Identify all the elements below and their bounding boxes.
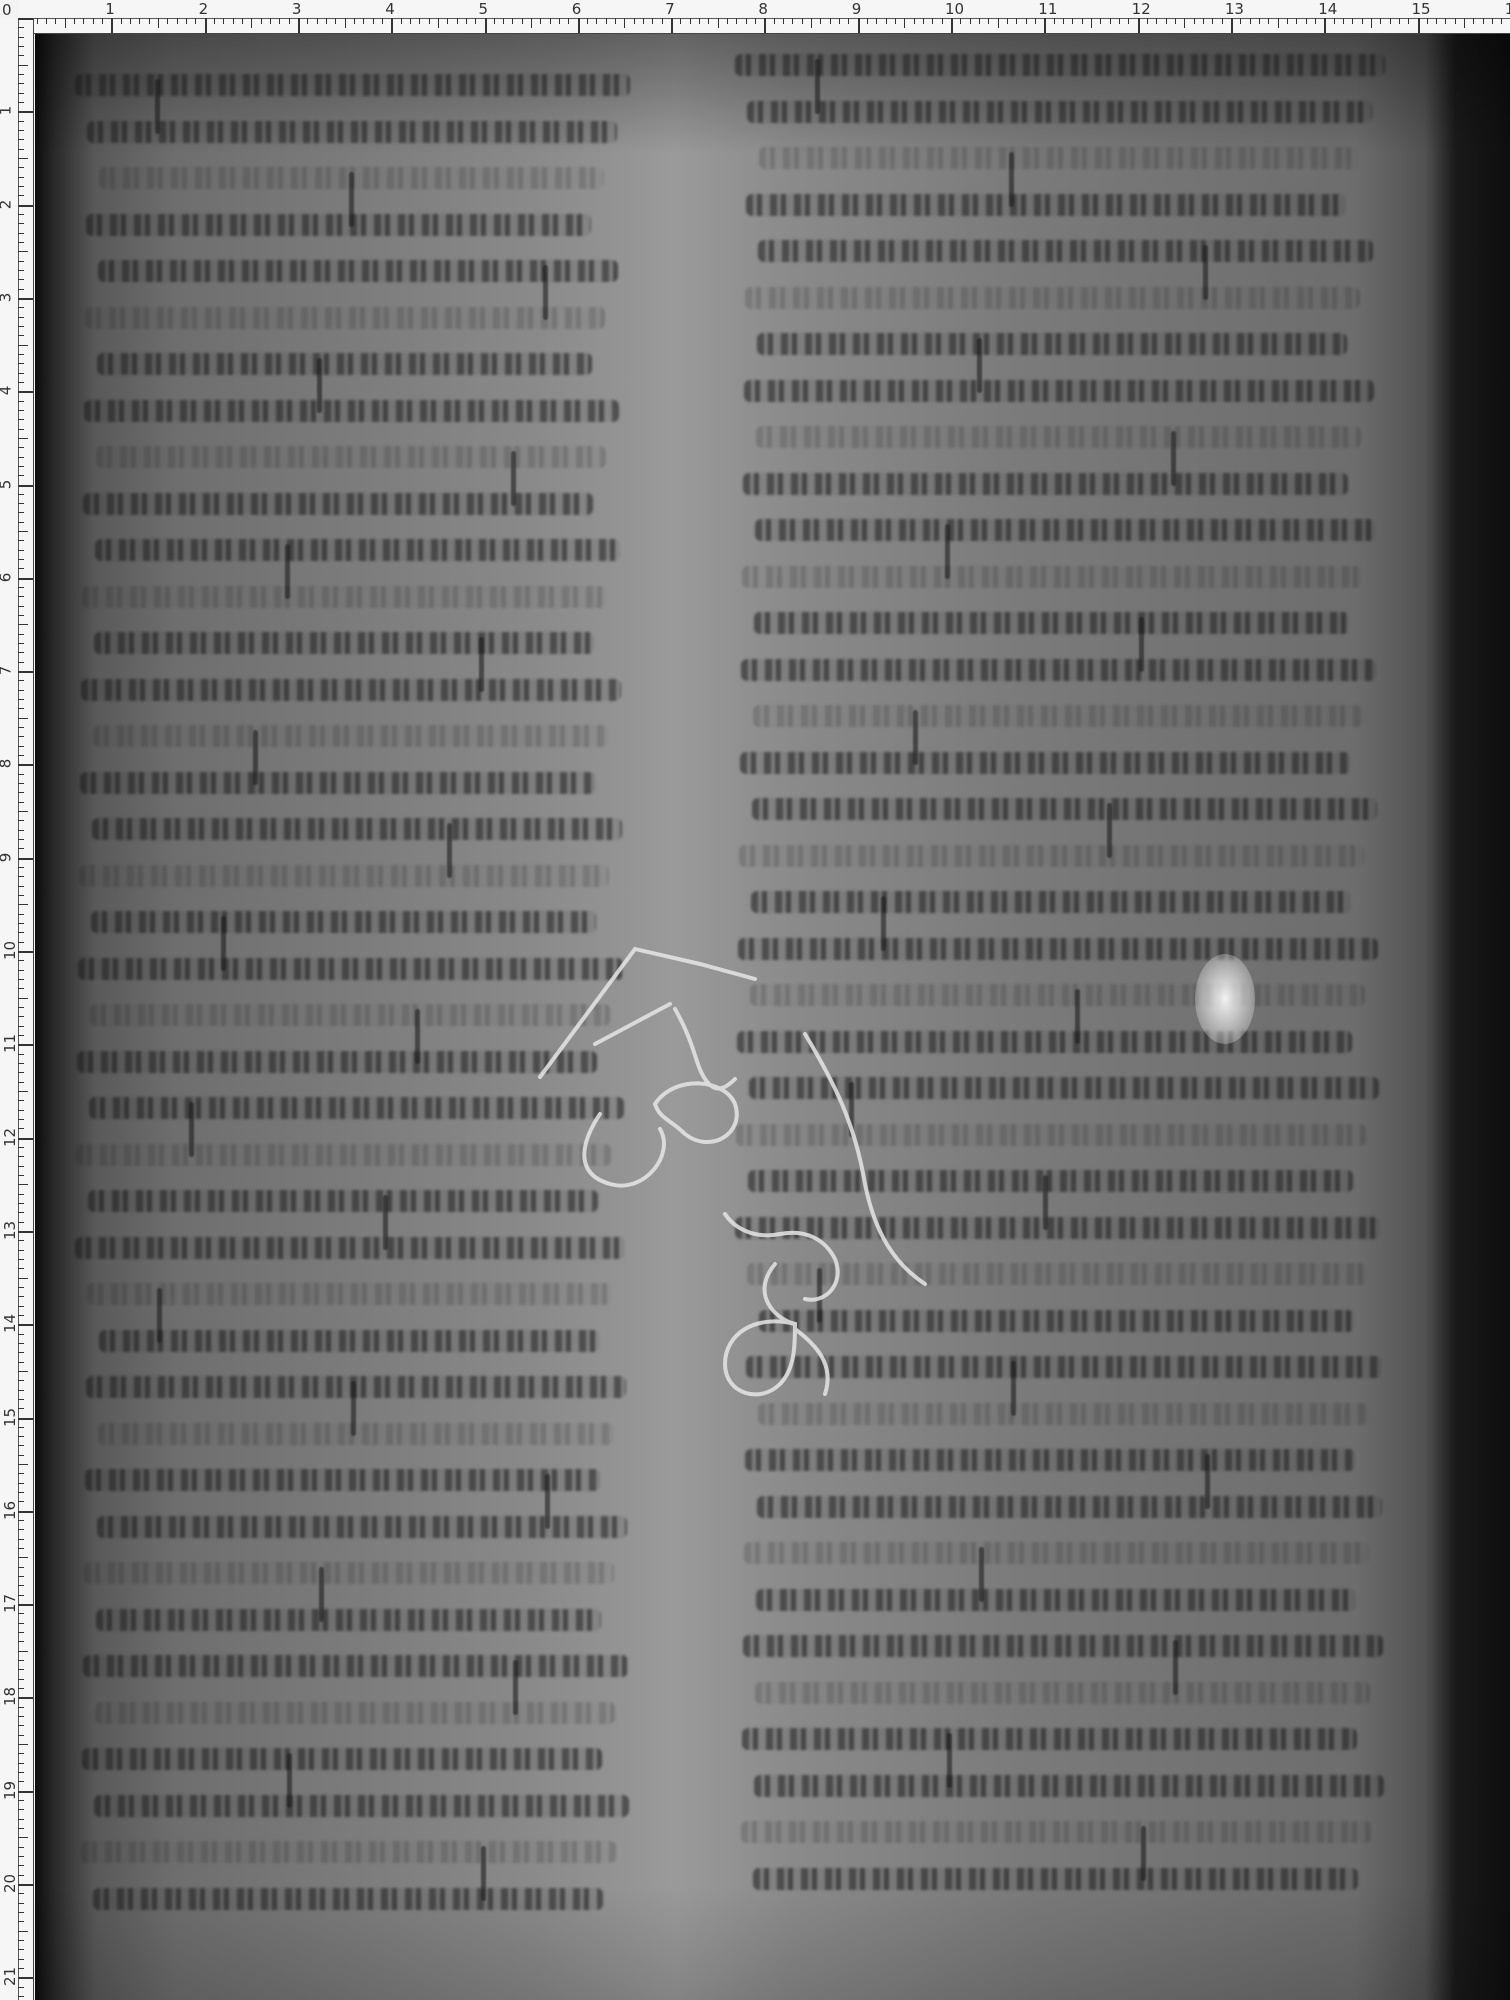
ruler-tick [18, 1641, 24, 1642]
ruler-tick [914, 18, 915, 24]
ruler-tick [18, 774, 24, 775]
ruler-tick [18, 1977, 33, 1979]
ruler-tick [671, 18, 673, 33]
ruler-label: 8 [0, 759, 13, 769]
ruler-tick [74, 18, 75, 24]
ruler-tick [18, 606, 24, 607]
ruler-tick [18, 895, 24, 896]
ruler-tick [18, 1044, 33, 1046]
ruler-tick [177, 18, 178, 24]
ruler-tick [18, 839, 24, 840]
ruler-tick [18, 998, 28, 999]
ruler-tick [18, 261, 24, 262]
ruler-tick [18, 1623, 24, 1624]
ruler-label: 19 [3, 1781, 18, 1800]
ruler-tick [345, 18, 346, 28]
ruler-label: 7 [0, 666, 13, 676]
ruler-tick [1371, 18, 1372, 28]
ruler-tick [1091, 18, 1092, 28]
ruler-tick [1278, 18, 1279, 28]
ruler-tick [18, 158, 28, 159]
ruler-tick [1016, 18, 1017, 24]
ruler-tick [102, 18, 103, 24]
ruler-tick [876, 18, 877, 24]
ruler-tick [1026, 18, 1027, 24]
ruler-tick [18, 1110, 24, 1111]
ruler-tick [1427, 18, 1428, 24]
ruler-tick [522, 18, 523, 24]
ruler-tick [354, 18, 355, 24]
ruler-tick [848, 18, 849, 24]
ruler-tick [18, 354, 24, 355]
ruler-tick [680, 18, 681, 24]
ruler-tick [904, 18, 905, 28]
ruler-tick [18, 1175, 24, 1176]
ruler-tick [18, 503, 24, 504]
ruler-tick [18, 298, 33, 300]
ruler-tick [1352, 18, 1353, 24]
ruler-tick [606, 18, 607, 24]
ruler-label: 14 [3, 1314, 18, 1333]
ruler-tick [18, 1697, 33, 1699]
ruler-tick [18, 951, 33, 953]
ruler-tick [1035, 18, 1036, 24]
ruler-tick [18, 643, 24, 644]
ruler-tick [18, 37, 24, 38]
ruler-tick [18, 419, 24, 420]
ruler-tick [1147, 18, 1148, 24]
ruler-tick [18, 1016, 24, 1017]
ruler-tick [18, 65, 28, 66]
ruler-tick [18, 1156, 24, 1157]
ruler-tick [18, 708, 24, 709]
ruler-tick [149, 18, 150, 24]
ruler-tick [1334, 18, 1335, 24]
ruler-tick [18, 1483, 24, 1484]
ruler-tick [18, 699, 24, 700]
ruler-tick [139, 18, 140, 24]
ruler-tick [18, 1268, 24, 1269]
ruler-tick [1445, 18, 1446, 24]
ruler-tick [18, 858, 33, 860]
ruler-tick [466, 18, 467, 24]
ruler-tick [83, 18, 84, 24]
ruler-tick [18, 1959, 24, 1960]
ruler-tick [18, 391, 33, 393]
ruler-tick [18, 671, 33, 673]
ruler-tick [634, 18, 635, 24]
ruler-tick [475, 18, 476, 24]
ruler-tick [18, 1716, 24, 1717]
ruler-tick [289, 18, 290, 24]
ruler-tick [764, 18, 766, 33]
ruler-tick [18, 1334, 24, 1335]
ruler-tick [596, 18, 597, 24]
ruler-tick [1473, 18, 1474, 24]
ruler-tick [18, 596, 24, 597]
ruler-tick [18, 1921, 24, 1922]
ruler-tick [111, 18, 113, 33]
ruler-tick [867, 18, 868, 24]
ruler-tick [970, 18, 971, 24]
ruler-tick [18, 1893, 24, 1894]
ruler-label: 10 [945, 2, 964, 17]
ruler-tick [18, 1996, 24, 1997]
ruler-tick [18, 914, 24, 915]
ruler-tick [18, 1604, 33, 1606]
ruler-tick [18, 568, 24, 569]
ruler-tick [410, 18, 411, 24]
ruler-tick [18, 270, 24, 271]
ruler-tick [326, 18, 327, 24]
ruler-tick [18, 512, 24, 513]
ruler-tick [18, 783, 24, 784]
ruler-tick [18, 494, 24, 495]
ruler-tick [18, 1436, 24, 1437]
ruler-tick [18, 1660, 24, 1661]
ruler-tick [233, 18, 234, 24]
ruler-tick [18, 960, 24, 961]
ruler-tick [18, 1753, 24, 1754]
ruler-tick [503, 18, 504, 24]
ruler-tick [1128, 18, 1129, 24]
ruler-tick [242, 18, 243, 24]
ruler-tick [1100, 18, 1101, 24]
ruler-tick [223, 18, 224, 24]
ruler-tick [18, 830, 24, 831]
ruler-tick [727, 18, 728, 24]
ruler-tick [46, 18, 47, 24]
ruler-tick [18, 764, 33, 766]
ruler-tick [18, 18, 33, 20]
ruler-tick [18, 1912, 24, 1913]
ruler-tick [18, 1511, 33, 1513]
ruler-tick [18, 457, 24, 458]
ruler-tick [1166, 18, 1167, 24]
ruler-tick [18, 93, 24, 94]
ruler-tick [167, 18, 168, 24]
ruler-tick [18, 1903, 24, 1904]
ruler-label: 16 [3, 1501, 18, 1520]
ruler-tick [18, 1819, 24, 1820]
ruler-tick [708, 18, 709, 24]
ruler-label: 14 [1318, 2, 1337, 17]
ruler-tick [382, 18, 383, 24]
ruler-tick [18, 1147, 24, 1148]
ruler-tick [18, 587, 24, 588]
ruler-label: 12 [1132, 2, 1151, 17]
ruler-tick [1259, 18, 1260, 24]
ruler-tick [18, 1166, 24, 1167]
ruler-tick [18, 1212, 24, 1213]
ruler-tick [18, 1987, 24, 1988]
ruler-label: 8 [758, 2, 768, 17]
left-ruler: 123456789101112131415161718192021 [0, 18, 34, 2000]
ruler-tick [186, 18, 187, 24]
ruler-label: 5 [479, 2, 489, 17]
ruler-tick [121, 18, 122, 24]
ruler-tick [988, 18, 989, 24]
ruler-tick [18, 485, 33, 487]
ruler-tick [18, 522, 24, 523]
ruler-tick [1380, 18, 1381, 24]
ruler-tick [429, 18, 430, 24]
watermark-drawing [35, 34, 1510, 2000]
ruler-tick [195, 18, 196, 24]
ruler-label: 15 [1412, 2, 1431, 17]
ruler-tick [18, 27, 24, 28]
ruler-tick [783, 18, 784, 24]
ruler-tick [1315, 18, 1316, 24]
ruler-tick [18, 736, 24, 737]
ruler-label: 6 [0, 573, 13, 583]
ruler-tick [18, 727, 24, 728]
ruler-tick [18, 718, 28, 719]
ruler-tick [951, 18, 953, 33]
ruler-tick [18, 429, 24, 430]
ruler-tick [335, 18, 336, 24]
ruler-tick [18, 1240, 24, 1241]
ruler-tick [895, 18, 896, 24]
ruler-label: 3 [0, 293, 13, 303]
ruler-tick [1418, 18, 1420, 33]
ruler-tick [998, 18, 999, 28]
ruler-tick [18, 550, 24, 551]
ruler-tick [18, 1007, 24, 1008]
ruler-tick [447, 18, 448, 24]
ruler-tick [18, 904, 28, 905]
ruler-tick [18, 1548, 24, 1549]
ruler-tick [1138, 18, 1140, 33]
ruler-tick [298, 18, 300, 33]
ruler-tick [158, 18, 159, 28]
ruler-tick [18, 1455, 24, 1456]
ruler-tick [1175, 18, 1176, 24]
ruler-tick [18, 1352, 24, 1353]
ruler-tick [18, 242, 24, 243]
ruler-tick [18, 1306, 24, 1307]
ruler-tick [18, 1464, 28, 1465]
ruler-tick [373, 18, 374, 24]
ruler-tick [18, 326, 24, 327]
ruler-tick [18, 1259, 24, 1260]
ruler-tick [18, 251, 28, 252]
ruler-line [33, 18, 34, 2000]
ruler-tick [270, 18, 271, 24]
ruler-tick [1222, 18, 1223, 24]
ruler-tick [1501, 18, 1502, 24]
ruler-tick [652, 18, 653, 24]
ruler-tick [205, 18, 207, 33]
ruler-tick [18, 475, 24, 476]
ruler-tick [18, 1539, 24, 1540]
ruler-tick [624, 18, 625, 28]
ruler-tick [18, 149, 24, 150]
ruler-tick [1324, 18, 1326, 33]
ruler-label: 17 [3, 1594, 18, 1613]
ruler-tick [18, 578, 33, 580]
ruler-tick [718, 18, 719, 28]
ruler-label: 11 [1038, 2, 1057, 17]
ruler-tick [18, 121, 24, 122]
ruler-label: 3 [292, 2, 302, 17]
ruler-tick [18, 811, 28, 812]
ruler-tick [18, 438, 28, 439]
ruler-tick [18, 746, 24, 747]
ruler-label: 15 [3, 1407, 18, 1426]
ruler-tick [615, 18, 616, 24]
ruler-tick [18, 540, 24, 541]
ruler-tick [18, 1651, 28, 1652]
ruler-tick [1455, 18, 1456, 24]
ruler-tick [18, 1837, 28, 1838]
ruler-tick [1203, 18, 1204, 24]
ruler-tick [1399, 18, 1400, 24]
ruler-tick [18, 988, 24, 989]
ruler-tick [18, 1026, 24, 1027]
ruler-tick [419, 18, 420, 24]
ruler-tick [1343, 18, 1344, 24]
ruler-tick [811, 18, 812, 28]
ruler-tick [18, 1735, 24, 1736]
ruler-tick [18, 1613, 24, 1614]
ruler-tick [18, 923, 24, 924]
ruler-tick [18, 1203, 24, 1204]
ruler-tick [130, 18, 131, 24]
ruler-tick [18, 1063, 24, 1064]
ruler-tick [18, 1296, 24, 1297]
ruler-tick [18, 139, 24, 140]
ruler-tick [18, 792, 24, 793]
ruler-tick [251, 18, 252, 28]
ruler-tick [18, 1184, 28, 1185]
ruler-tick [18, 373, 24, 374]
ruler-tick [1063, 18, 1064, 24]
ruler-tick [18, 102, 24, 103]
ruler-tick [18, 447, 24, 448]
ruler-tick [18, 279, 24, 280]
ruler-tick [18, 1250, 24, 1251]
ruler-tick [18, 820, 24, 821]
ruler-tick [18, 1418, 33, 1420]
ruler-tick [18, 1194, 24, 1195]
ruler-tick [18, 1520, 24, 1521]
ruler-tick [1296, 18, 1297, 24]
ruler-tick [55, 18, 56, 24]
ruler-tick [18, 1287, 24, 1288]
ruler-tick [18, 1362, 24, 1363]
ruler-tick [18, 317, 24, 318]
ruler-label: 2 [0, 199, 13, 209]
ruler-tick [18, 876, 24, 877]
ruler-tick [18, 1091, 28, 1092]
ruler-tick [18, 401, 24, 402]
ruler-tick [578, 18, 580, 33]
ruler-tick [802, 18, 803, 24]
ruler-tick [18, 848, 24, 849]
ruler-tick [18, 55, 24, 56]
ruler-tick [494, 18, 495, 24]
ruler-tick [18, 802, 24, 803]
ruler-tick [1231, 18, 1233, 33]
ruler-tick [18, 1119, 24, 1120]
ruler-tick [18, 1725, 24, 1726]
ruler-tick [1082, 18, 1083, 24]
ruler-tick [18, 214, 24, 215]
ruler-tick [886, 18, 887, 24]
ruler-tick [18, 167, 24, 168]
ruler-tick [540, 18, 541, 24]
ruler-tick [18, 345, 28, 346]
ruler-tick [736, 18, 737, 24]
ruler-tick [18, 177, 24, 178]
ruler-tick [1362, 18, 1363, 24]
ruler-tick [18, 1082, 24, 1083]
ruler-tick [18, 634, 24, 635]
ruler-tick [18, 1856, 24, 1857]
ruler-tick [1306, 18, 1307, 24]
ruler-tick [18, 1445, 24, 1446]
ruler-tick [550, 18, 551, 24]
ruler-tick [18, 1865, 24, 1866]
ruler-tick [18, 1772, 24, 1773]
ruler-tick [18, 1380, 24, 1381]
ruler-tick [18, 335, 24, 336]
ruler-tick [18, 1949, 24, 1950]
ruler-tick [18, 1473, 24, 1474]
ruler-label: 11 [3, 1034, 18, 1053]
ruler-tick [18, 559, 24, 560]
ruler-tick [1007, 18, 1008, 24]
ruler-tick [1054, 18, 1055, 24]
ruler-tick [979, 18, 980, 24]
ruler-tick [960, 18, 961, 24]
ruler-label: 5 [0, 479, 13, 489]
ruler-tick [457, 18, 458, 24]
ruler-tick [1240, 18, 1241, 24]
ruler-tick [18, 1828, 24, 1829]
ruler-tick [391, 18, 393, 33]
ruler-tick [18, 410, 24, 411]
ruler-tick [923, 18, 924, 24]
ruler-tick [214, 18, 215, 24]
ruler-tick [774, 18, 775, 24]
ruler-tick [1156, 18, 1157, 24]
ruler-tick [559, 18, 560, 24]
ruler-tick [18, 1763, 24, 1764]
ruler-tick [18, 1707, 24, 1708]
ruler-label: 9 [852, 2, 862, 17]
ruler-tick [587, 18, 588, 24]
ruler-tick [18, 1744, 28, 1745]
ruler-tick [18, 1847, 24, 1848]
ruler-tick [363, 18, 364, 24]
ruler-tick [18, 979, 24, 980]
ruler-tick [1194, 18, 1195, 24]
ruler-tick [18, 1390, 24, 1391]
ruler-tick [261, 18, 262, 24]
ruler-tick [755, 18, 756, 24]
ruler-label: 1 [105, 2, 115, 17]
ruler-tick [1250, 18, 1251, 24]
ruler-tick [18, 223, 24, 224]
ruler-label: 18 [3, 1687, 18, 1706]
ruler-label: 1 [0, 106, 13, 116]
ruler-tick [18, 1931, 28, 1932]
ruler-tick [438, 18, 439, 28]
ruler-tick [18, 1809, 24, 1810]
ruler-tick [18, 382, 24, 383]
